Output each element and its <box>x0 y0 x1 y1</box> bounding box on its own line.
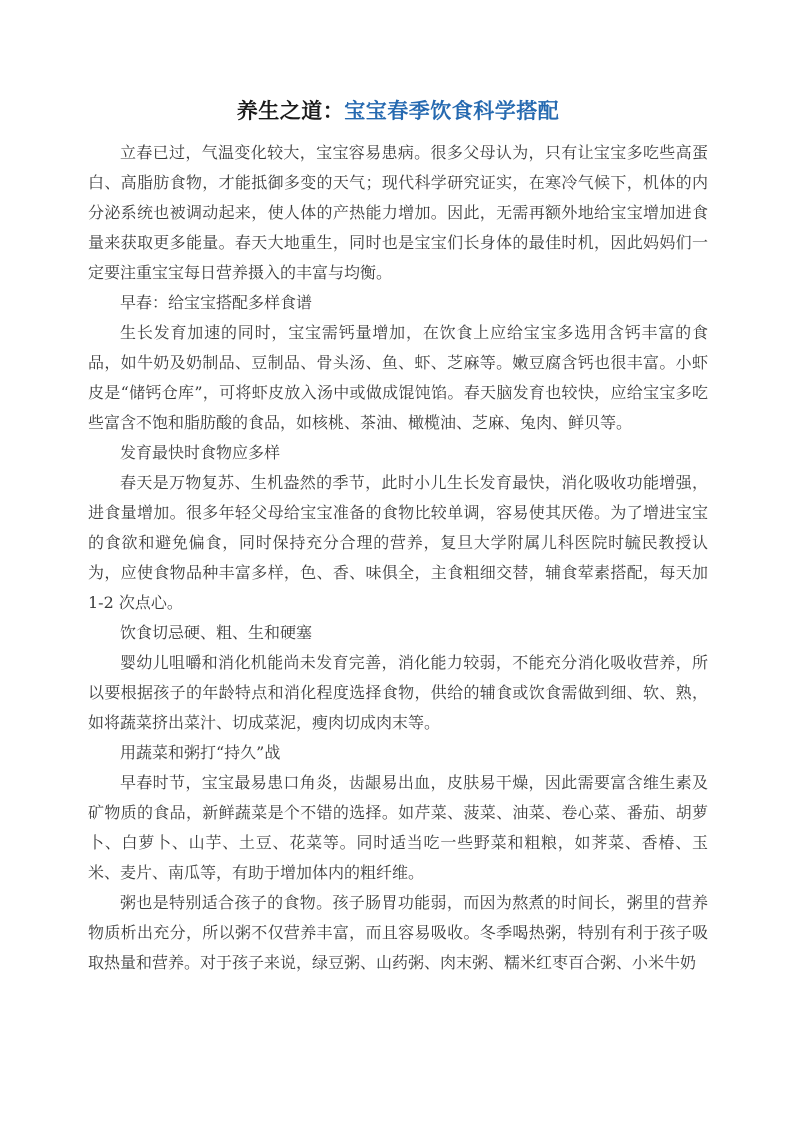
title-prefix: 养生之道： <box>237 98 345 123</box>
body-paragraph: 春天是万物复苏、生机盎然的季节，此时小儿生长发育最快，消化吸收功能增强，进食量增… <box>88 468 708 618</box>
title-highlight: 宝宝春季饮食科学搭配 <box>344 98 559 123</box>
section-heading: 饮食切忌硬、粗、生和硬塞 <box>88 618 708 648</box>
section-heading: 早春：给宝宝搭配多样食谱 <box>88 288 708 318</box>
body-paragraph: 生长发育加速的同时，宝宝需钙量增加，在饮食上应给宝宝多选用含钙丰富的食品，如牛奶… <box>88 318 708 438</box>
body-paragraph: 粥也是特别适合孩子的食物。孩子肠胃功能弱，而因为熬煮的时间长，粥里的营养物质析出… <box>88 888 708 978</box>
body-paragraph: 婴幼儿咀嚼和消化机能尚未发育完善，消化能力较弱，不能充分消化吸收营养，所以要根据… <box>88 648 708 738</box>
document-body: 立春已过，气温变化较大，宝宝容易患病。很多父母认为，只有让宝宝多吃些高蛋白、高脂… <box>88 138 708 978</box>
document-page: 养生之道：宝宝春季饮食科学搭配 立春已过，气温变化较大，宝宝容易患病。很多父母认… <box>0 0 793 1122</box>
section-heading: 发育最快时食物应多样 <box>88 438 708 468</box>
document-title: 养生之道：宝宝春季饮食科学搭配 <box>88 95 708 127</box>
body-paragraph: 早春时节，宝宝最易患口角炎，齿龈易出血，皮肤易干燥，因此需要富含维生素及矿物质的… <box>88 768 708 888</box>
body-paragraph: 立春已过，气温变化较大，宝宝容易患病。很多父母认为，只有让宝宝多吃些高蛋白、高脂… <box>88 138 708 288</box>
section-heading: 用蔬菜和粥打“持久”战 <box>88 738 708 768</box>
